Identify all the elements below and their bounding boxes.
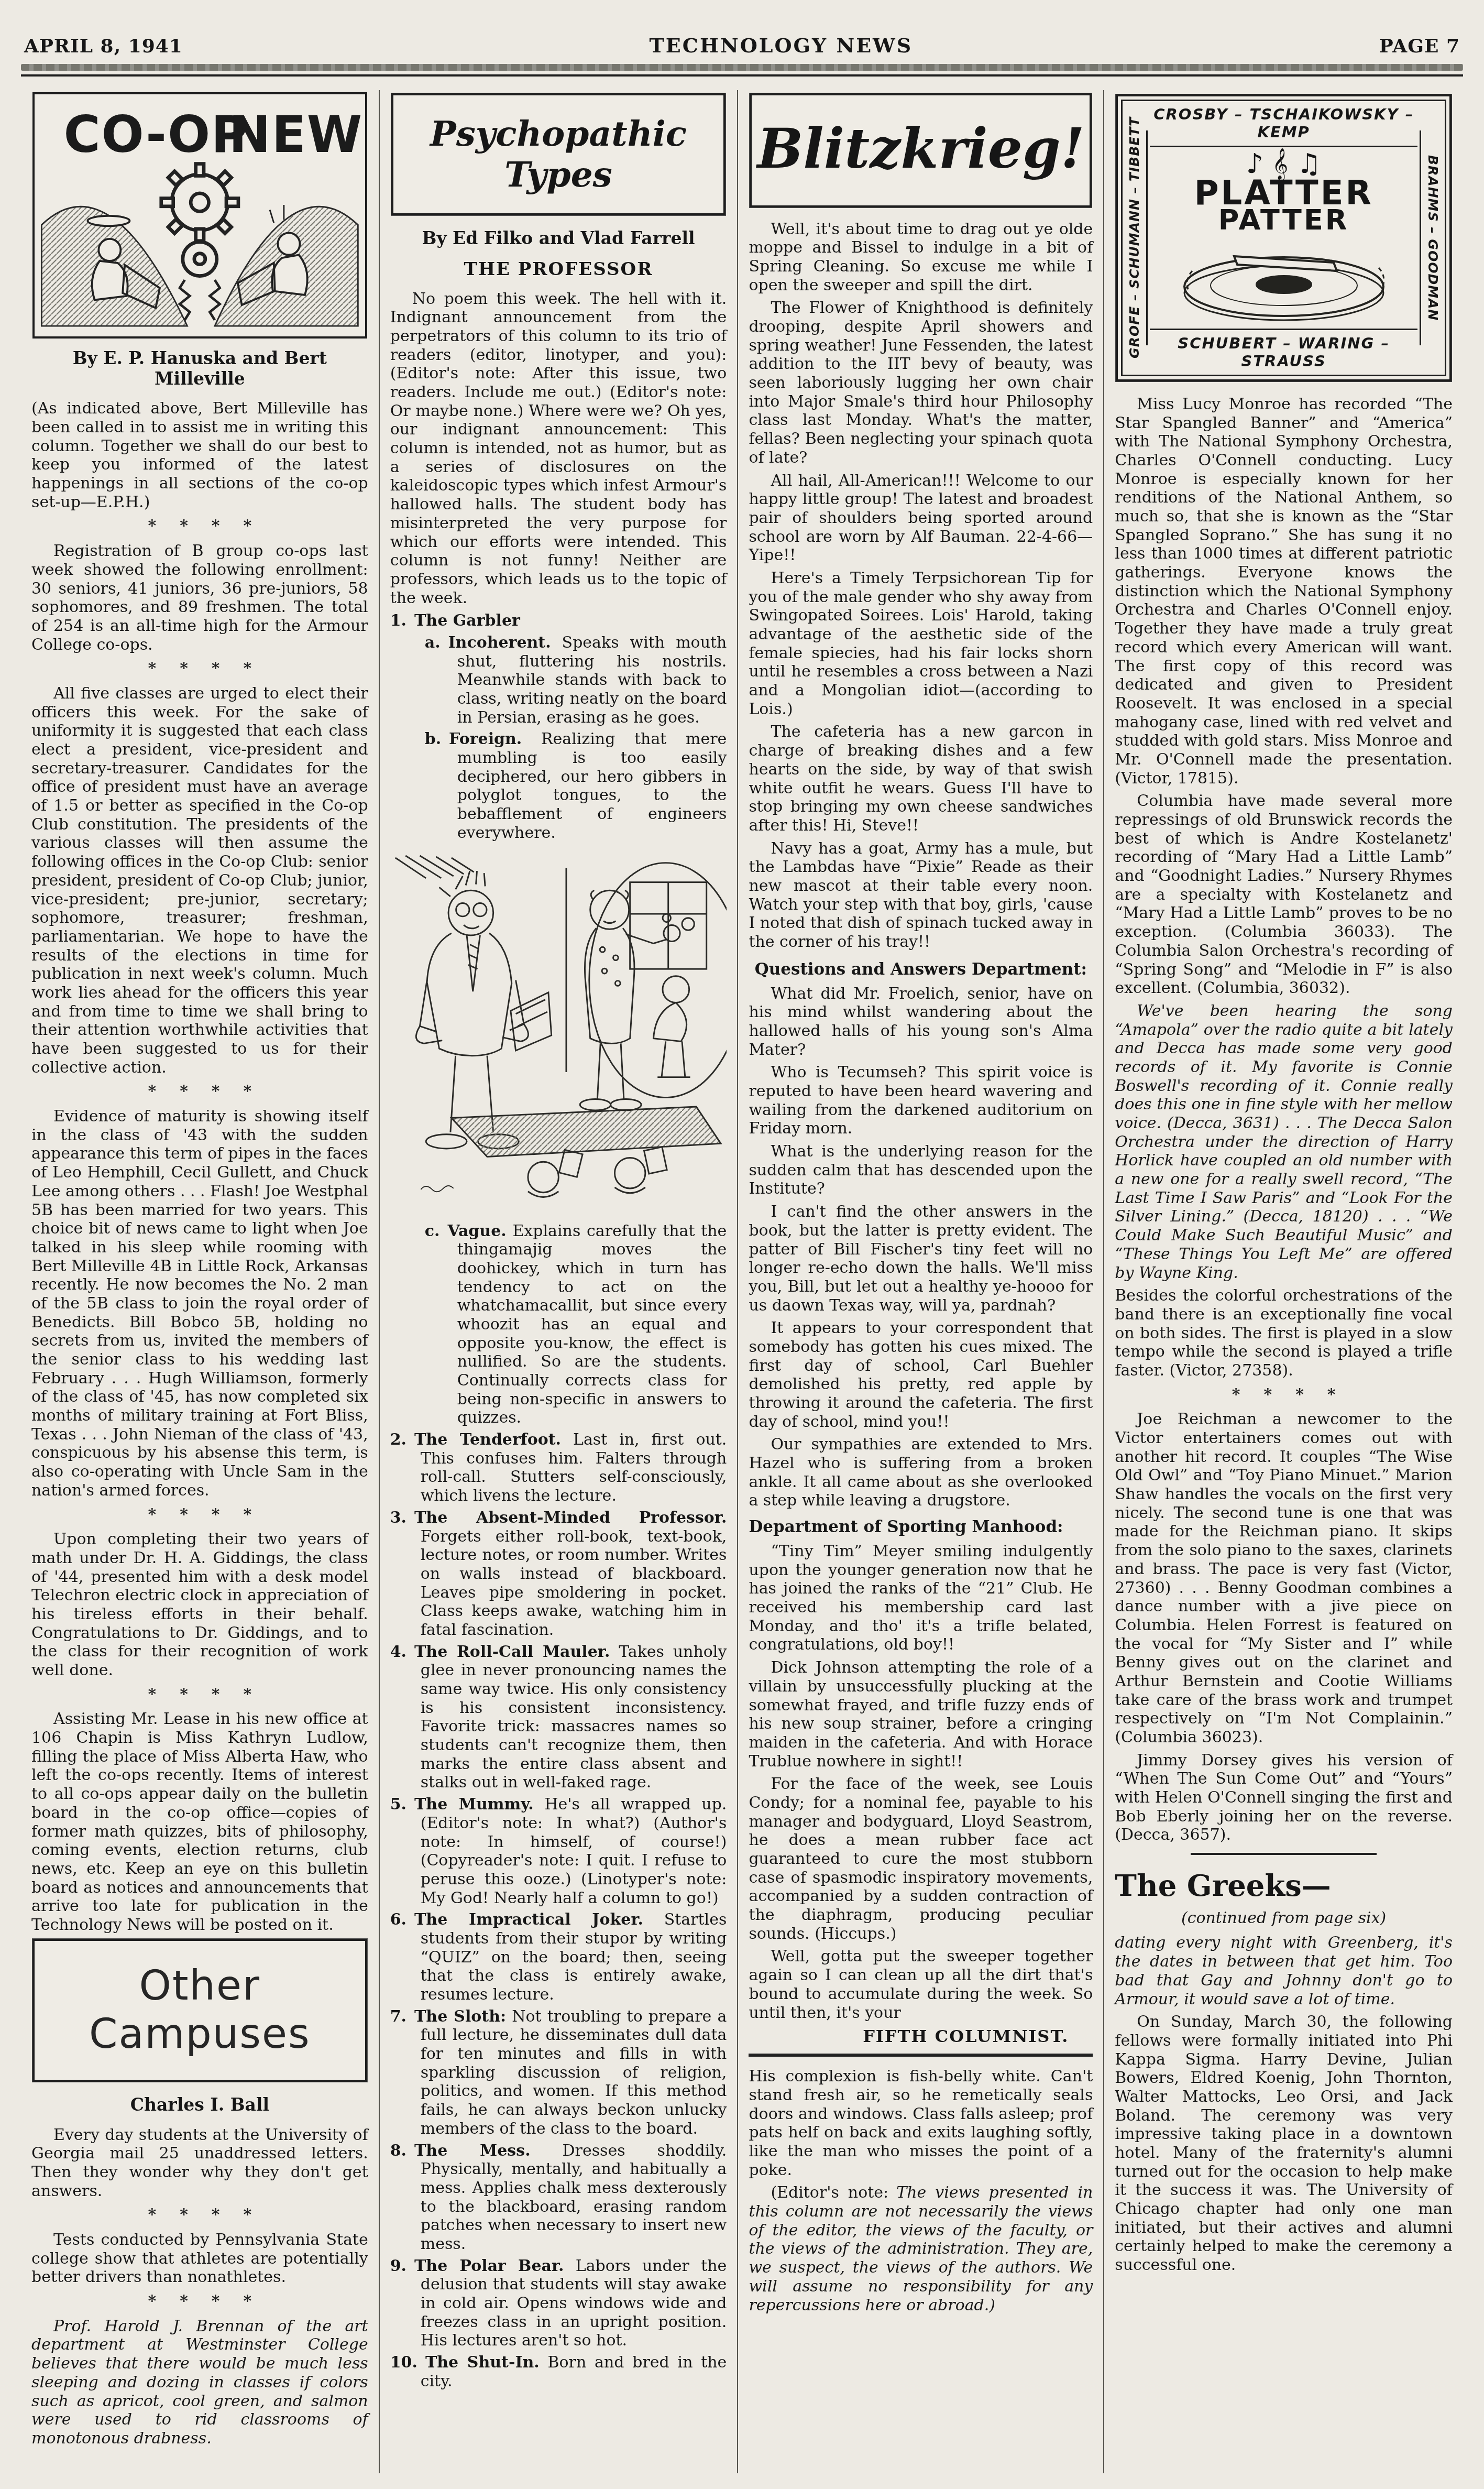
- blitz-paragraph: The cafeteria has a new garcon in charge…: [749, 723, 1093, 835]
- platter-paragraph: Besides the colorful orchestrations of t…: [1115, 1286, 1453, 1380]
- greeks-headline: The Greeks—: [1115, 1869, 1453, 1904]
- section-separator: * * * *: [31, 1685, 368, 1704]
- page-header: APRIL 8, 1941 TECHNOLOGY NEWS PAGE 7: [21, 9, 1463, 64]
- psycho-item-3: 3. The Absent-Minded Professor. Forgets …: [390, 1509, 727, 1640]
- platter-border-right: BRAHMS – GOODMAN: [1420, 130, 1445, 345]
- blitz-question: Who is Tecumseh? This spirit voice is re…: [749, 1063, 1093, 1138]
- psycho-byline: By Ed Filko and Vlad Farrell: [390, 228, 727, 248]
- column-blitzkrieg: Blitzkrieg! Well, it's about time to dra…: [738, 90, 1104, 2473]
- other-campuses-byline: Charles I. Ball: [31, 2094, 368, 2115]
- platter-border-left: GROFE – SCHUMANN – TIBBETT: [1123, 130, 1148, 345]
- platter-paragraph-italic: We've been hearing the song “Amapola” ov…: [1115, 1002, 1453, 1282]
- platter-paragraph: Jimmy Dorsey gives his version of “When …: [1115, 1751, 1453, 1844]
- platter-paragraph: Columbia have made several more repressi…: [1115, 792, 1453, 998]
- sporting-manhood-header: Department of Sporting Manhood:: [749, 1518, 1093, 1537]
- coop-masthead-word1: CO-OP: [63, 105, 249, 163]
- psycho-item-1c: c. Vague. Explains carefully that the th…: [390, 1222, 727, 1428]
- professor-cartoon-illustration: [390, 848, 727, 1215]
- psycho-item-1a: a. Incoherent. Speaks with mouth shut, f…: [390, 634, 727, 727]
- greeks-divider-rule: [1191, 1853, 1377, 1855]
- psycho-item-1b: b. Foreign. Realizing that mere mumbling…: [390, 730, 727, 842]
- section-separator: * * * *: [31, 517, 368, 536]
- psycho-item-9: 9. The Polar Bear. Labors under the delu…: [390, 2257, 727, 2350]
- coop-paragraph: (As indicated above, Bert Milleville has…: [31, 399, 368, 511]
- newspaper-page: APRIL 8, 1941 TECHNOLOGY NEWS PAGE 7: [0, 0, 1484, 2489]
- psycho-item-5: 5. The Mummy. He's all wrapped up. (Edit…: [390, 1795, 727, 1907]
- column-grid: CO-OP NEWS By E. P. Hanuska and Bert Mil…: [21, 90, 1463, 2473]
- psycho-item-8: 8. The Mess. Dresses shoddily. Physicall…: [390, 2142, 727, 2254]
- coop-paragraph: Registration of B group co-ops last week…: [31, 542, 368, 654]
- platter-patter-masthead: CROSBY – TSCHAIKOWSKY – KEMP GROFE – SCH…: [1116, 94, 1452, 381]
- section-separator: * * * *: [31, 2206, 368, 2224]
- coop-paragraph: Evidence of maturity is showing itself i…: [31, 1107, 368, 1500]
- psycho-intro: No poem this week. The hell with it. Ind…: [390, 290, 727, 608]
- section-separator: * * * *: [1115, 1385, 1453, 1404]
- other-campuses-paragraph: Tests conducted by Pennsylvania State co…: [31, 2231, 368, 2287]
- other-campuses-paragraph-italic: Prof. Harold J. Brennan of the art depar…: [31, 2317, 368, 2448]
- platter-paragraph: Miss Lucy Monroe has recorded “The Star …: [1115, 395, 1453, 788]
- psycho-item-6: 6. The Impractical Joker. Startles stude…: [390, 1911, 727, 2004]
- coop-paragraph: All five classes are urged to elect thei…: [31, 684, 368, 1077]
- editors-note-label: (Editor's note:: [771, 2184, 888, 2202]
- platter-center-art: ♪ 𝄞 ♫ PLATTER PATTER: [1150, 147, 1417, 329]
- coop-byline: By E. P. Hanuska and Bert Milleville: [31, 348, 368, 389]
- platter-paragraph: Joe Reichman a newcomer to the Victor en…: [1115, 1410, 1453, 1746]
- blitz-sport-paragraph: For the face of the week, see Louis Cond…: [749, 1775, 1093, 1943]
- coop-news-masthead: CO-OP NEWS: [32, 92, 367, 339]
- blitzkrieg-headline: Blitzkrieg!: [750, 93, 1092, 208]
- greeks-paragraph: On Sunday, March 30, the following fello…: [1115, 2013, 1453, 2275]
- psycho-item-2: 2. The Tenderfoot. Last in, first out. T…: [390, 1431, 727, 1505]
- section-separator: * * * *: [31, 1082, 368, 1101]
- platter-border-top: CROSBY – TSCHAIKOWSKY – KEMP: [1150, 101, 1417, 147]
- platter-patter-frame: CROSBY – TSCHAIKOWSKY – KEMP GROFE – SCH…: [1121, 100, 1446, 376]
- header-rule-thick: [21, 64, 1463, 71]
- section-separator: * * * *: [31, 2292, 368, 2311]
- editors-note-text: The views presented in this column are n…: [749, 2184, 1093, 2314]
- psycho-item-4: 4. The Roll-Call Mauler. Takes unholy gl…: [390, 1643, 727, 1793]
- blitz-question: What did Mr. Froelich, senior, have on h…: [749, 985, 1093, 1060]
- coop-masthead-word2: NEWS: [229, 105, 365, 163]
- paper-title: TECHNOLOGY NEWS: [650, 34, 913, 57]
- blitz-question: What is the underlying reason for the su…: [749, 1142, 1093, 1198]
- page-date: APRIL 8, 1941: [24, 35, 183, 58]
- blitz-paragraph: All hail, All-American!!! Welcome to our…: [749, 472, 1093, 565]
- professor-cartoon: [390, 848, 727, 1215]
- blitz-sport-paragraph: “Tiny Tim” Meyer smiling indulgently upo…: [749, 1542, 1093, 1654]
- blitz-paragraph: Well, it's about time to drag out ye old…: [749, 220, 1093, 295]
- fifth-columnist-signoff: FIFTH COLUMNIST.: [749, 2026, 1093, 2046]
- psycho-subtitle: THE PROFESSOR: [390, 259, 727, 280]
- blitz-sport-paragraph: Well, gotta put the sweeper together aga…: [749, 1947, 1093, 2022]
- greeks-continued-note: (continued from page six): [1115, 1909, 1453, 1928]
- psycho-item-10: 10. The Shut-In. Born and bred in the ci…: [390, 2353, 727, 2390]
- blitz-answer: I can't find the other answers in the bo…: [749, 1203, 1093, 1315]
- column-coop: CO-OP NEWS By E. P. Hanuska and Bert Mil…: [21, 90, 380, 2473]
- platter-title-line2: PATTER: [1150, 206, 1417, 233]
- blitz-paragraph: The Flower of Knighthood is definitely d…: [749, 299, 1093, 467]
- blitz-answer: Our sympathies are extended to Mrs. Haze…: [749, 1435, 1093, 1510]
- coop-paragraph: Upon completing their two years of math …: [31, 1530, 368, 1680]
- record-player-illustration: [1171, 234, 1397, 323]
- coop-paragraph: Assisting Mr. Lease in his new office at…: [31, 1710, 368, 1934]
- shut-in-continuation: His complexion is fish-belly white. Can'…: [749, 2067, 1093, 2179]
- editors-note: (Editor's note: The views presented in t…: [749, 2184, 1093, 2315]
- other-campuses-paragraph: Every day students at the University of …: [31, 2126, 368, 2201]
- psycho-item-7: 7. The Sloth: Not troubling to prepare a…: [390, 2007, 727, 2138]
- platter-border-bottom: SCHUBERT – WARING – STRAUSS: [1150, 329, 1417, 375]
- page-number: PAGE 7: [1379, 35, 1460, 58]
- psycho-item-1: 1. The Garbler: [390, 612, 727, 630]
- header-rule-thin: [21, 74, 1463, 77]
- section-separator: * * * *: [31, 659, 368, 678]
- other-campuses-headline: Other Campuses: [32, 1939, 367, 2082]
- column-psychopathic-types: Psychopathic Types By Ed Filko and Vlad …: [380, 90, 739, 2473]
- coop-news-illustration: CO-OP NEWS: [35, 94, 365, 336]
- greeks-paragraph-italic: dating every night with Greenberg, it's …: [1115, 1934, 1453, 2008]
- psychopathic-types-headline: Psychopathic Types: [391, 93, 726, 215]
- blitz-answer: It appears to your correspondent that so…: [749, 1319, 1093, 1431]
- section-separator: * * * *: [31, 1505, 368, 1524]
- blitz-sport-paragraph: Dick Johnson attempting the role of a vi…: [749, 1658, 1093, 1771]
- column-platter-patter: CROSBY – TSCHAIKOWSKY – KEMP GROFE – SCH…: [1104, 90, 1463, 2473]
- blitz-paragraph: Here's a Timely Terpsichorean Tip for yo…: [749, 569, 1093, 719]
- questions-answers-header: Questions and Answers Department:: [749, 960, 1093, 979]
- column-divider-rule: [749, 2054, 1093, 2057]
- blitz-paragraph: Navy has a goat, Army has a mule, but th…: [749, 839, 1093, 952]
